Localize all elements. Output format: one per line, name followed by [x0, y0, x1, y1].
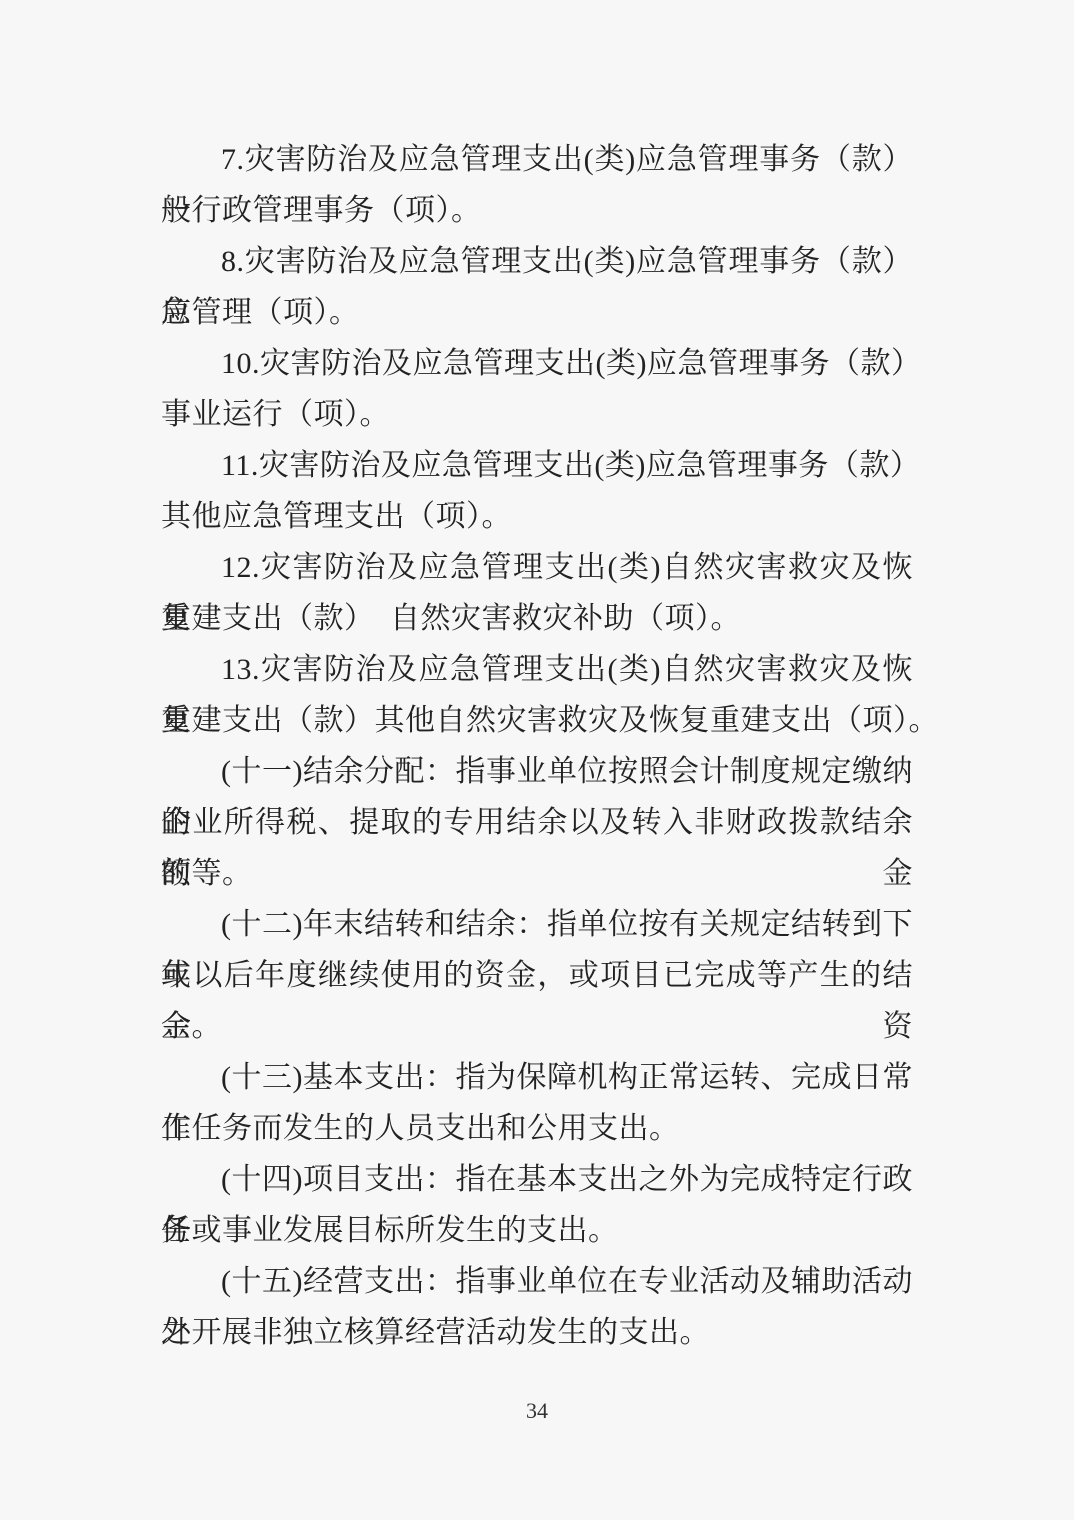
paragraph: 7.灾害防治及应急管理支出(类)应急管理事务（款）一 般行政管理事务（项）。: [161, 134, 913, 236]
text-line: 事业运行（项）。: [161, 389, 913, 440]
text-line: 般行政管理事务（项）。: [161, 185, 913, 236]
paragraph: 13.灾害防治及应急管理支出(类)自然灾害救灾及恢复 重建支出（款）其他自然灾害…: [161, 644, 913, 746]
text-line: 7.灾害防治及应急管理支出(类)应急管理事务（款）一: [161, 134, 913, 185]
text-line: (十四)项目支出：指在基本支出之外为完成特定行政任: [161, 1154, 913, 1205]
text-line: 急管理（项）。: [161, 287, 913, 338]
paragraph: (十二)年末结转和结余：指单位按有关规定结转到下年 或以后年度继续使用的资金，或…: [161, 899, 913, 1052]
paragraph: 12.灾害防治及应急管理支出(类)自然灾害救灾及恢复 重建支出（款） 自然灾害救…: [161, 542, 913, 644]
text-line: 企业所得税、提取的专用结余以及转入非财政拨款结余的金: [161, 797, 913, 848]
text-line: 作任务而发生的人员支出和公用支出。: [161, 1103, 913, 1154]
document-page: 7.灾害防治及应急管理支出(类)应急管理事务（款）一 般行政管理事务（项）。 8…: [0, 0, 1074, 1520]
text-line: 或以后年度继续使用的资金，或项目已完成等产生的结余资: [161, 950, 913, 1001]
text-line: 其他应急管理支出（项）。: [161, 491, 913, 542]
text-line: (十一)结余分配：指事业单位按照会计制度规定缴纳的: [161, 746, 913, 797]
paragraph: (十四)项目支出：指在基本支出之外为完成特定行政任 务或事业发展目标所发生的支出…: [161, 1154, 913, 1256]
paragraph: 10.灾害防治及应急管理支出(类)应急管理事务（款） 事业运行（项）。: [161, 338, 913, 440]
text-line: (十三)基本支出：指为保障机构正常运转、完成日常工: [161, 1052, 913, 1103]
text-line: 12.灾害防治及应急管理支出(类)自然灾害救灾及恢复: [161, 542, 913, 593]
text-line: 13.灾害防治及应急管理支出(类)自然灾害救灾及恢复: [161, 644, 913, 695]
text-line: (十五)经营支出：指事业单位在专业活动及辅助活动之: [161, 1256, 913, 1307]
text-line: 8.灾害防治及应急管理支出(类)应急管理事务（款）应: [161, 236, 913, 287]
text-line: 外开展非独立核算经营活动发生的支出。: [161, 1307, 913, 1358]
text-line: (十二)年末结转和结余：指单位按有关规定结转到下年: [161, 899, 913, 950]
document-content: 7.灾害防治及应急管理支出(类)应急管理事务（款）一 般行政管理事务（项）。 8…: [161, 134, 913, 1358]
text-line: 重建支出（款）其他自然灾害救灾及恢复重建支出（项）。: [161, 695, 913, 746]
paragraph: 11.灾害防治及应急管理支出(类)应急管理事务（款） 其他应急管理支出（项）。: [161, 440, 913, 542]
page-number: 34: [0, 1398, 1074, 1424]
text-line: 11.灾害防治及应急管理支出(类)应急管理事务（款）: [161, 440, 913, 491]
text-line: 重建支出（款） 自然灾害救灾补助（项）。: [161, 593, 913, 644]
paragraph: (十三)基本支出：指为保障机构正常运转、完成日常工 作任务而发生的人员支出和公用…: [161, 1052, 913, 1154]
text-line: 10.灾害防治及应急管理支出(类)应急管理事务（款）: [161, 338, 913, 389]
paragraph: 8.灾害防治及应急管理支出(类)应急管理事务（款）应 急管理（项）。: [161, 236, 913, 338]
text-line: 务或事业发展目标所发生的支出。: [161, 1205, 913, 1256]
paragraph: (十一)结余分配：指事业单位按照会计制度规定缴纳的 企业所得税、提取的专用结余以…: [161, 746, 913, 899]
paragraph: (十五)经营支出：指事业单位在专业活动及辅助活动之 外开展非独立核算经营活动发生…: [161, 1256, 913, 1358]
